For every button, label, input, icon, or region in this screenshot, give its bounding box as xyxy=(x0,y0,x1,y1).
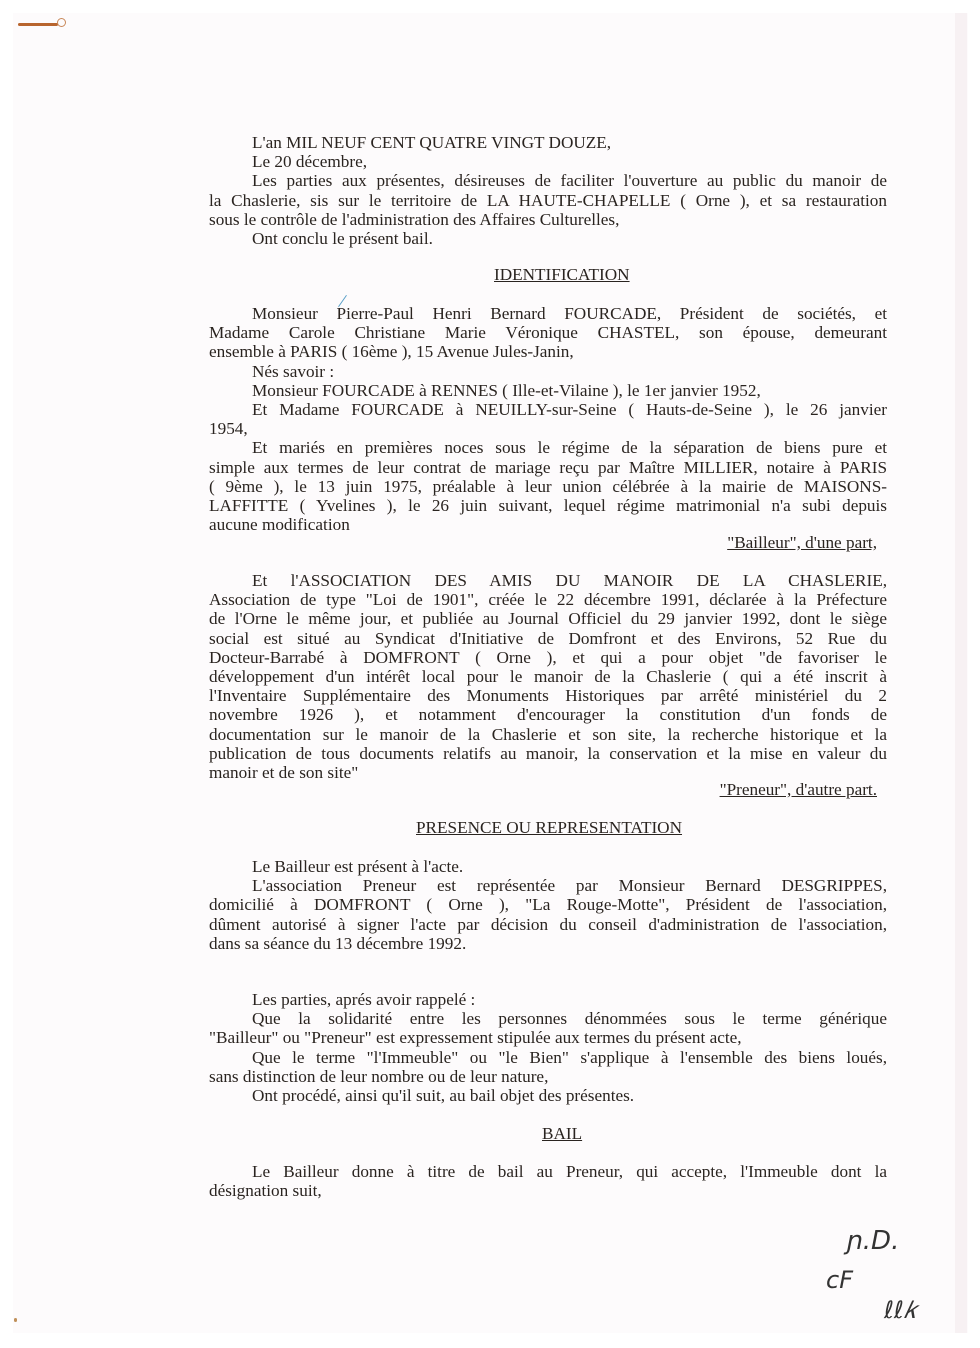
identification-line: aucune modification xyxy=(209,515,887,534)
bail-body: Le Bailleur donne à titre de bail au Pre… xyxy=(209,1162,887,1200)
association-body: Et l'ASSOCIATION DES AMIS DU MANOIR DE L… xyxy=(209,571,887,782)
presence-line: Le Bailleur est présent à l'acte. xyxy=(209,857,887,876)
recital-line: Que le terme "l'Immeuble" ou "le Bien" s… xyxy=(209,1048,887,1067)
scan-speck xyxy=(14,1318,17,1322)
association-line: de l'Orne le même jour, et publiée au Jo… xyxy=(209,609,887,628)
presence-line: domicilié à DOMFRONT ( Orne ), "La Rouge… xyxy=(209,895,887,914)
identification-line: Nés savoir : xyxy=(209,362,887,381)
preamble-line: la Chaslerie, sis sur le territoire de L… xyxy=(209,191,887,210)
identification-line: ( 9ème ), le 13 juin 1975, préalable à l… xyxy=(209,477,887,496)
scan-artifact-mark xyxy=(18,23,58,26)
preamble-line: Le 20 décembre, xyxy=(209,152,887,171)
presence-line: dans sa séance du 13 décembre 1992. xyxy=(209,934,887,953)
recital-line: "Bailleur" ou "Preneur" est expressement… xyxy=(209,1028,887,1047)
section-title-presence: PRESENCE OU REPRESENTATION xyxy=(416,818,682,838)
section-title-bail: BAIL xyxy=(542,1124,582,1144)
handwritten-initials-nd: ɲ.D. xyxy=(846,1226,899,1256)
page-edge xyxy=(955,13,967,1333)
presence-line: dûment autorisé à signer l'acte par déci… xyxy=(209,915,887,934)
bail-line: Le Bailleur donne à titre de bail au Pre… xyxy=(209,1162,887,1181)
association-line: Association de type "Loi de 1901", créée… xyxy=(209,590,887,609)
recital-line: Les parties, aprés avoir rappelé : xyxy=(209,990,887,1009)
identification-line: Et Madame FOURCADE à NEUILLY-sur-Seine (… xyxy=(209,400,887,419)
association-line: documentation sur le manoir de la Chasle… xyxy=(209,725,887,744)
identification-line: 1954, xyxy=(209,419,887,438)
association-line: novembre 1926 ), et notamment d'encourag… xyxy=(209,705,887,724)
association-line: social est situé au Syndicat d'Initiativ… xyxy=(209,629,887,648)
identification-line: Madame Carole Christiane Marie Véronique… xyxy=(209,323,887,342)
preamble-line: Les parties aux présentes, désireuses de… xyxy=(209,171,887,190)
preamble-line: Ont conclu le présent bail. xyxy=(209,229,887,248)
recital-line: sans distinction de leur nombre ou de le… xyxy=(209,1067,887,1086)
preamble-line: sous le contrôle de l'administration des… xyxy=(209,210,887,229)
identification-line: LAFFITTE ( Yvelines ), le 26 juin suivan… xyxy=(209,496,887,515)
preamble-line: L'an MIL NEUF CENT QUATRE VINGT DOUZE, xyxy=(209,133,887,152)
section-title-identification: IDENTIFICATION xyxy=(494,265,630,285)
association-line: Et l'ASSOCIATION DES AMIS DU MANOIR DE L… xyxy=(209,571,887,590)
identification-line: simple aux termes de leur contrat de mar… xyxy=(209,458,887,477)
identification-line: ensemble à PARIS ( 16ème ), 15 Avenue Ju… xyxy=(209,342,887,361)
recital-line: Que la solidarité entre les personnes dé… xyxy=(209,1009,887,1028)
bail-line: désignation suit, xyxy=(209,1181,887,1200)
preamble: L'an MIL NEUF CENT QUATRE VINGT DOUZE, L… xyxy=(209,133,887,248)
bailleur-label: "Bailleur", d'une part, xyxy=(727,533,877,553)
identification-line: Et mariés en premières noces sous le rég… xyxy=(209,438,887,457)
identification-body: Monsieur Pierre-Paul Henri Bernard FOURC… xyxy=(209,304,887,534)
presence-body: Le Bailleur est présent à l'acte. L'asso… xyxy=(209,857,887,953)
association-line: développement d'un intérêt local pour le… xyxy=(209,667,887,686)
identification-line: Monsieur Pierre-Paul Henri Bernard FOURC… xyxy=(209,304,887,323)
identification-line: Monsieur FOURCADE à RENNES ( Ille-et-Vil… xyxy=(209,381,887,400)
handwritten-initials-cf: cF xyxy=(826,1266,853,1294)
recital-line: Ont procédé, ainsi qu'il suit, au bail o… xyxy=(209,1086,887,1105)
recitals-body: Les parties, aprés avoir rappelé : Que l… xyxy=(209,990,887,1105)
association-line: l'Inventaire Supplémentaire des Monument… xyxy=(209,686,887,705)
presence-line: L'association Preneur est représentée pa… xyxy=(209,876,887,895)
association-line: publication de tous documents relatifs a… xyxy=(209,744,887,763)
association-line: Docteur-Barrabé à DOMFRONT ( Orne ), et … xyxy=(209,648,887,667)
handwritten-initials-page: ℓℓ𝑘 xyxy=(884,1296,917,1324)
preneur-label: "Preneur", d'autre part. xyxy=(720,780,877,800)
